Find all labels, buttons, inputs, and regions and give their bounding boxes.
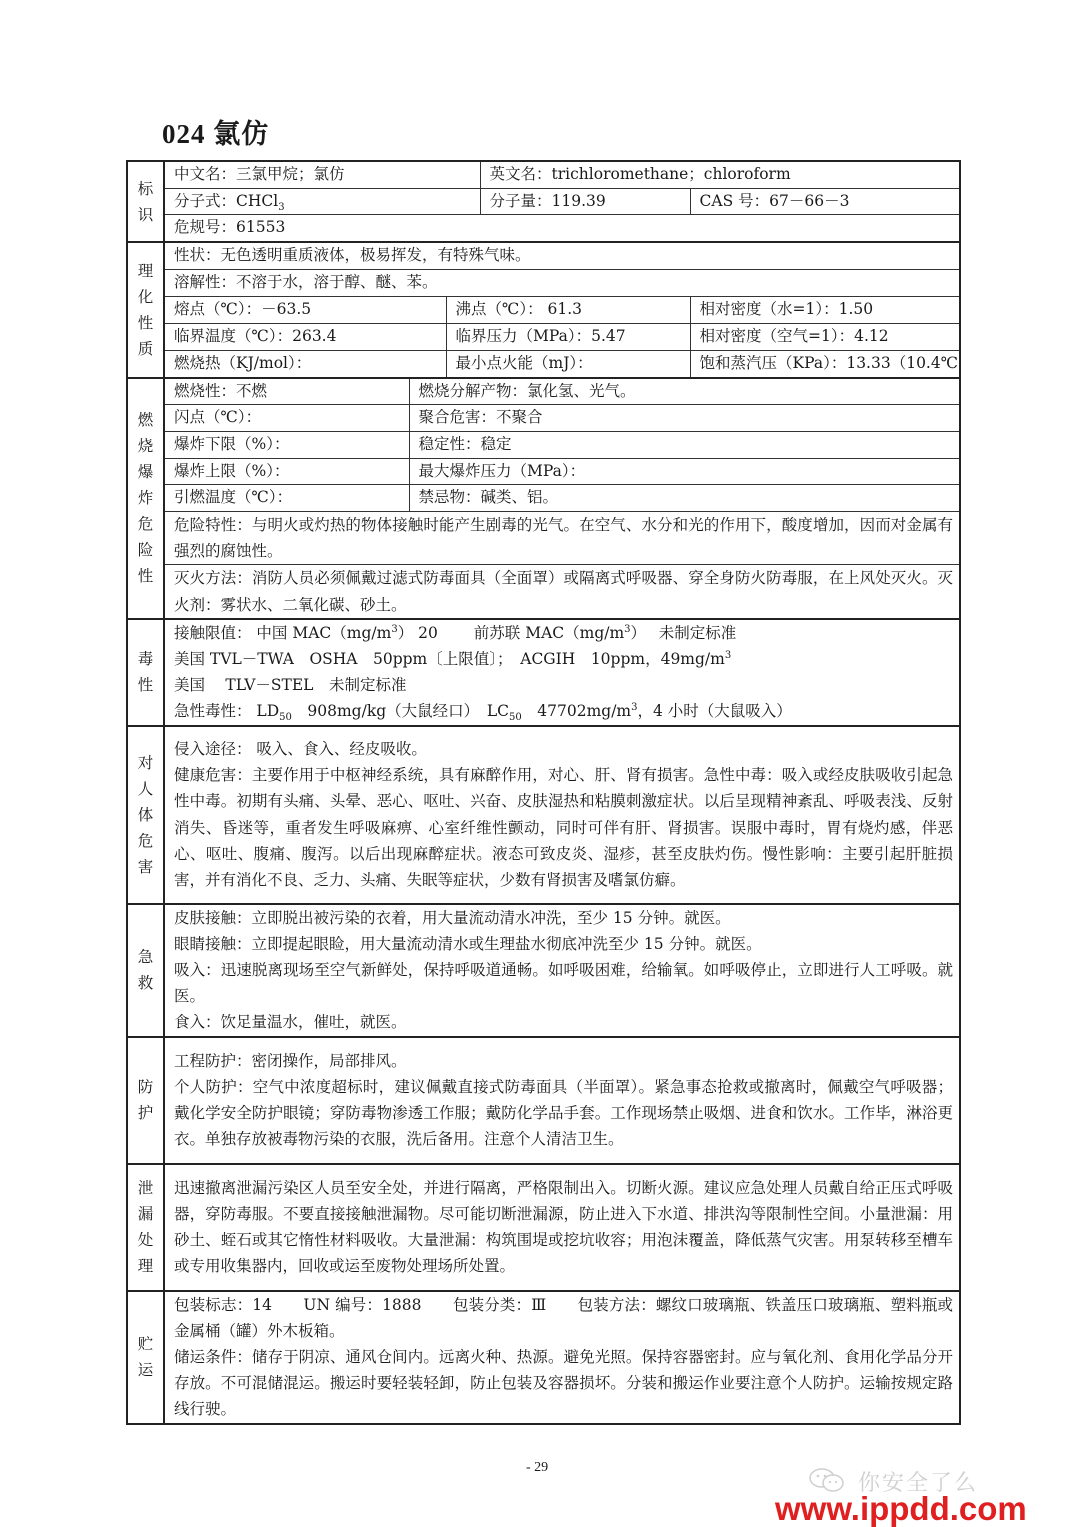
relative-density-air: 相对密度（空气=1）：4.12 [690, 323, 960, 350]
incompatible-materials: 禁忌物：碱类、铝。 [409, 485, 960, 512]
health-hazards: 侵入途径： 吸入、食入、经皮吸收。 健康危害：主要作用于中枢神经系统，具有麻醉作… [164, 726, 960, 904]
section-label-physchem: 理化性质 [127, 242, 164, 377]
melting-point: 熔点（℃）：－63.5 [164, 296, 446, 323]
page-title: 024 氯仿 [162, 112, 269, 151]
section-label-toxicity: 毒性 [127, 619, 164, 726]
appearance: 性状：无色透明重质液体，极易挥发，有特殊气味。 [164, 242, 960, 269]
flammability: 燃烧性：不燃 [164, 378, 409, 405]
max-explosion-pressure: 最大爆炸压力（MPa）： [409, 458, 960, 485]
boiling-point: 沸点（℃）： 61.3 [446, 296, 690, 323]
protection-measures: 工程防护：密闭操作，局部排风。 个人防护：空气中浓度超标时，建议佩戴直接式防毒面… [164, 1037, 960, 1164]
stability: 稳定性：稳定 [409, 431, 960, 458]
storage-conditions: 储运条件：储存于阴凉、通风仓间内。远离火种、热源。避免光照。保持容器密封。应与氧… [174, 1344, 953, 1423]
hazard-characteristics: 危险特性：与明火或灼热的物体接触时能产生剧毒的光气。在空气、水分和光的作用下，酸… [164, 512, 960, 565]
section-label-spill: 泄漏处理 [127, 1164, 164, 1291]
molecular-weight: 分子量：119.39 [480, 188, 690, 215]
solubility: 溶解性：不溶于水，溶于醇、醚、苯。 [164, 269, 960, 296]
critical-pressure: 临界压力（MPa）：5.47 [446, 323, 690, 350]
critical-temperature: 临界温度（℃）：263.4 [164, 323, 446, 350]
spill-response: 迅速撤离泄漏污染区人员至安全处，并进行隔离，严格限制出入。切断火源。建议应急处理… [164, 1164, 960, 1291]
acute-toxicity: 急性毒性： LD50 908mg/kg（大鼠经口） LC50 47702mg/m… [174, 698, 953, 724]
toxicity-line-2: 美国 TVL－TWA OSHA 50ppm〔上限值〕； ACGIH 10ppm，… [174, 646, 953, 672]
english-name: 英文名：trichloromethane；chloroform [480, 161, 960, 188]
section-label-protection: 防护 [127, 1037, 164, 1164]
chinese-name: 中文名：三氯甲烷；氯仿 [164, 161, 480, 188]
storage-transport: 包装标志：14 UN 编号：1888 包装分类：Ⅲ 包装方法：螺纹口玻璃瓶、铁盖… [164, 1291, 960, 1424]
extinguishing-methods: 灭火方法：消防人员必须佩戴过滤式防毒面具（全面罩）或隔离式呼吸器、穿全身防火防毒… [164, 565, 960, 619]
packaging-info: 包装标志：14 UN 编号：1888 包装分类：Ⅲ 包装方法：螺纹口玻璃瓶、铁盖… [174, 1292, 953, 1344]
ignition-temperature: 引燃温度（℃）： [164, 485, 409, 512]
exposure-limits: 接触限值： 中国 MAC（mg/m3） 20 前苏联 MAC（mg/m3） 未制… [164, 619, 960, 726]
first-aid-measures: 皮肤接触：立即脱出被污染的衣着，用大量流动清水冲洗，至少 15 分钟。就医。 眼… [164, 904, 960, 1037]
health-hazard-text: 健康危害：主要作用于中枢神经系统，具有麻醉作用，对心、肝、肾有损害。急性中毒：吸… [174, 762, 953, 893]
upper-explosion-limit: 爆炸上限（%）： [164, 458, 409, 485]
flash-point: 闪点（℃）： [164, 405, 409, 432]
ingestion: 食入：饮足量温水，催吐，就医。 [174, 1009, 953, 1035]
decomposition-products: 燃烧分解产物：氯化氢、光气。 [409, 378, 960, 405]
inhalation: 吸入：迅速脱离现场至空气新鲜处，保持呼吸道通畅。如呼吸困难，给输氧。如呼吸停止，… [174, 957, 953, 1009]
min-ignition-energy: 最小点火能（mJ）： [446, 350, 690, 377]
toxicity-line-3: 美国 TLV－STEL 未制定标准 [174, 672, 953, 698]
section-label-storage: 贮运 [127, 1291, 164, 1424]
msds-table: 标识 中文名：三氯甲烷；氯仿 英文名：trichloromethane；chlo… [126, 160, 961, 1425]
routes-of-entry: 侵入途径： 吸入、食入、经皮吸收。 [174, 736, 953, 762]
section-label-first-aid: 急救 [127, 904, 164, 1037]
engineering-controls: 工程防护：密闭操作，局部排风。 [174, 1048, 953, 1074]
section-label-identification: 标识 [127, 161, 164, 242]
relative-density-water: 相对密度（水=1）：1.50 [690, 296, 960, 323]
eye-contact: 眼睛接触：立即提起眼睑，用大量流动清水或生理盐水彻底冲洗至少 15 分钟。就医。 [174, 931, 953, 957]
personal-protection: 个人防护：空气中浓度超标时，建议佩戴直接式防毒面具（半面罩）。紧急事态抢救或撤离… [174, 1074, 953, 1153]
section-label-fire: 燃烧爆炸危险性 [127, 378, 164, 619]
molecular-formula: 分子式：CHCl3 [164, 188, 480, 215]
polymerization-hazard: 聚合危害：不聚合 [409, 405, 960, 432]
lower-explosion-limit: 爆炸下限（%）： [164, 431, 409, 458]
page-number: - 29 [526, 1460, 548, 1476]
toxicity-line-1: 接触限值： 中国 MAC（mg/m3） 20 前苏联 MAC（mg/m3） 未制… [174, 620, 953, 646]
hazard-number: 危规号：61553 [164, 215, 960, 242]
skin-contact: 皮肤接触：立即脱出被污染的衣着，用大量流动清水冲洗，至少 15 分钟。就医。 [174, 905, 953, 931]
heat-of-combustion: 燃烧热（KJ/mol）： [164, 350, 446, 377]
cas-number: CAS 号：67－66－3 [690, 188, 960, 215]
section-label-health: 对人体危害 [127, 726, 164, 904]
vapor-pressure: 饱和蒸汽压（KPa）：13.33（10.4℃） [690, 350, 960, 377]
watermark-url: www.ippdd.com [775, 1490, 1027, 1527]
